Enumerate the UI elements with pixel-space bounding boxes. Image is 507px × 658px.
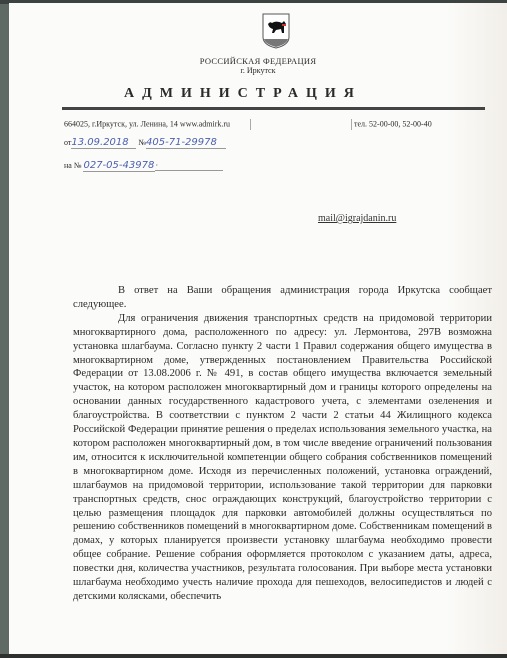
- scan-bottom-edge: [0, 654, 507, 658]
- recipient-email: mail@igrajdanin.ru: [318, 213, 396, 224]
- incoming-reference: на № 027-05-43978·: [64, 160, 223, 172]
- phone-text: тел. 52-00-00, 52-00-40: [354, 119, 432, 128]
- irkutsk-coat-of-arms-icon: [262, 13, 290, 49]
- from-label: от: [64, 138, 71, 147]
- administration-title: АДМИНИСТРАЦИЯ: [124, 86, 362, 102]
- outgoing-reference: от13.09.2018 №405-71-29978: [64, 137, 226, 149]
- paragraph-intro: В ответ на Ваши обращения администрация …: [73, 284, 492, 312]
- reply-label: на №: [64, 161, 81, 170]
- letter-body: В ответ на Ваши обращения администрация …: [73, 284, 492, 604]
- paragraph-main: Для ограничения движения транспортных ср…: [73, 312, 492, 604]
- outgoing-date: 13.09.2018: [71, 137, 136, 149]
- header-divider: [62, 107, 485, 110]
- divider: [250, 119, 251, 130]
- outgoing-number: 405-71-29978: [146, 137, 226, 149]
- address-line: 664025, г.Иркутск, ул. Ленина, 14 www.ad…: [64, 119, 251, 130]
- incoming-extra: ·: [155, 161, 223, 171]
- incoming-number: 027-05-43978: [83, 160, 155, 172]
- divider: [351, 119, 352, 130]
- phone-line: тел. 52-00-00, 52-00-40: [351, 119, 432, 130]
- address-text: 664025, г.Иркутск, ул. Ленина, 14 www.ad…: [64, 119, 230, 128]
- number-label: №: [138, 138, 146, 147]
- city-heading: г. Иркутск: [9, 66, 507, 75]
- country-heading: РОССИЙСКАЯ ФЕДЕРАЦИЯ: [9, 56, 507, 66]
- document-page: РОССИЙСКАЯ ФЕДЕРАЦИЯ г. Иркутск АДМИНИСТ…: [9, 3, 507, 654]
